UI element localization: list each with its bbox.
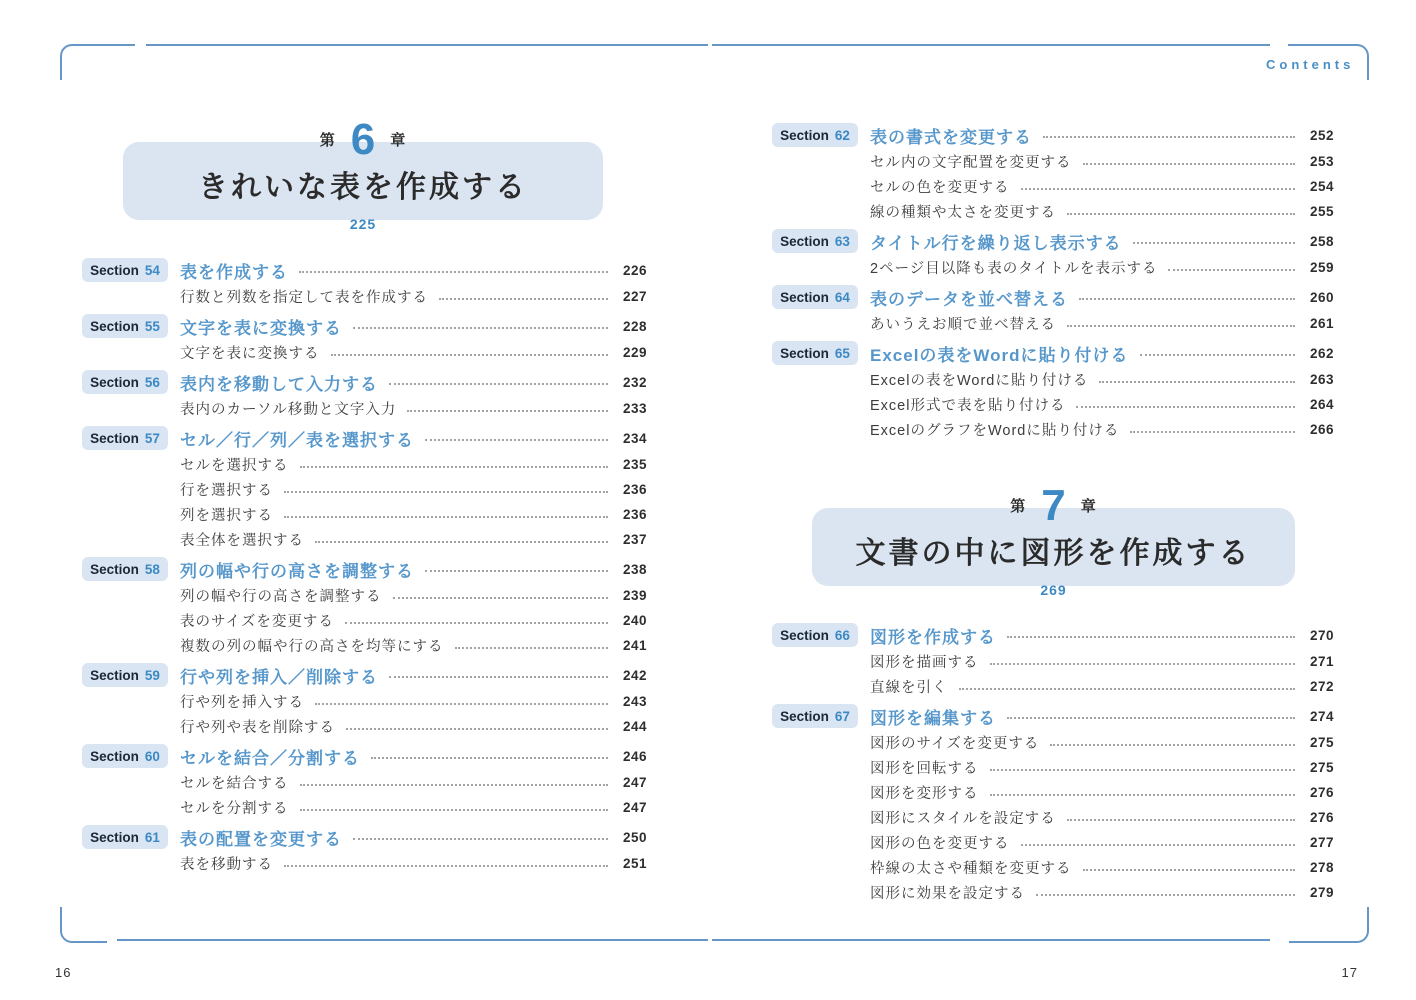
toc-entry-section: Section 56 表内を移動して入力する 232 — [82, 368, 647, 396]
entry-page-number: 276 — [1304, 810, 1334, 825]
entry-title: セルの色を変更する — [870, 176, 1010, 197]
section-chip-number: 58 — [145, 562, 160, 577]
section-chip-number: 55 — [145, 319, 160, 334]
section-chip-label: Section — [90, 668, 139, 683]
entry-page-number: 227 — [617, 289, 647, 304]
section-chip-number: 64 — [835, 290, 850, 305]
section-chip-label: Section — [90, 830, 139, 845]
toc-entry-sub: セルを分割する 247 — [82, 795, 647, 820]
toc-entry-section: Section 64 表のデータを並べ替える 260 — [772, 283, 1334, 311]
toc-entry-sub: 図形を回転する 275 — [772, 755, 1334, 780]
dotted-leader — [331, 354, 609, 356]
entry-page-number: 263 — [1304, 372, 1334, 387]
entry-page-number: 277 — [1304, 835, 1334, 850]
chapter-number: 6 — [351, 120, 375, 160]
toc-entry-section: Section 55 文字を表に変換する 228 — [82, 312, 647, 340]
entry-page-number: 274 — [1304, 709, 1334, 724]
entry-page-number: 262 — [1304, 346, 1334, 361]
chapter-prefix: 第 — [320, 129, 336, 150]
frame-rule-bottom-right-page — [712, 939, 1270, 941]
dotted-leader — [346, 728, 608, 730]
dotted-leader — [455, 647, 609, 649]
entry-title: 枠線の太さや種類を変更する — [870, 857, 1072, 878]
entry-title: 列の幅や行の高さを調整する — [180, 557, 414, 582]
entry-title: 表内のカーソル移動と文字入力 — [180, 398, 396, 419]
section-chip-label: Section — [780, 346, 829, 361]
dotted-leader — [1083, 869, 1296, 871]
dotted-leader — [1067, 325, 1295, 327]
toc-entry-sub: 図形を変形する 276 — [772, 780, 1334, 805]
entry-page-number: 237 — [617, 532, 647, 547]
entry-page-number: 275 — [1304, 735, 1334, 750]
toc-entry-sub: 列の幅や行の高さを調整する 239 — [82, 583, 647, 608]
entry-page-number: 270 — [1304, 628, 1334, 643]
entry-title: 列を選択する — [180, 504, 273, 525]
section-chip: Section 67 — [772, 704, 858, 728]
dotted-leader — [315, 703, 608, 705]
section-chip-number: 62 — [835, 128, 850, 143]
entry-page-number: 238 — [617, 562, 647, 577]
section-chip-number: 67 — [835, 709, 850, 724]
section-chip-number: 60 — [145, 749, 160, 764]
toc-entry-sub: 2ページ目以降も表のタイトルを表示する 259 — [772, 255, 1334, 280]
page-number-right: 17 — [1318, 965, 1358, 980]
entry-page-number: 272 — [1304, 679, 1334, 694]
section-chip-label: Section — [90, 431, 139, 446]
dotted-leader — [300, 784, 609, 786]
toc-entry-section: Section 62 表の書式を変更する 252 — [772, 121, 1334, 149]
toc-entry-sub: 列を選択する 236 — [82, 502, 647, 527]
entry-page-number: 233 — [617, 401, 647, 416]
frame-rule-top-left-page — [146, 44, 708, 46]
entry-title: 複数の列の幅や行の高さを均等にする — [180, 635, 444, 656]
dotted-leader — [1050, 744, 1295, 746]
entry-page-number: 258 — [1304, 234, 1334, 249]
chapter-6-banner: 第 6 章 きれいな表を作成する 225 — [123, 120, 603, 232]
section-chip: Section 61 — [82, 825, 168, 849]
chapter-number: 7 — [1041, 486, 1065, 526]
toc-entry-section: Section 63 タイトル行を繰り返し表示する 258 — [772, 227, 1334, 255]
chapter-suffix: 章 — [390, 129, 406, 150]
section-chip-number: 65 — [835, 346, 850, 361]
dotted-leader — [1036, 894, 1295, 896]
entry-title: 図形を作成する — [870, 623, 996, 648]
entry-title: 直線を引く — [870, 676, 948, 697]
entry-title: Excelの表をWordに貼り付ける — [870, 341, 1129, 366]
dotted-leader — [299, 271, 608, 273]
toc-entry-sub: 図形のサイズを変更する 275 — [772, 730, 1334, 755]
dotted-leader — [1007, 636, 1295, 638]
toc-entry-section: Section 54 表を作成する 226 — [82, 256, 647, 284]
contents-header-label: Contents — [1266, 57, 1354, 72]
dotted-leader — [990, 663, 1296, 665]
frame-corner-bottom-right — [1289, 907, 1369, 943]
entry-page-number: 234 — [617, 431, 647, 446]
entry-title: セル／行／列／表を選択する — [180, 426, 414, 451]
section-chip: Section 65 — [772, 341, 858, 365]
dotted-leader — [371, 757, 608, 759]
entry-page-number: 247 — [617, 800, 647, 815]
chapter-7-title: 文書の中に図形を作成する — [812, 528, 1295, 572]
entry-title: タイトル行を繰り返し表示する — [870, 229, 1122, 254]
dotted-leader — [1007, 717, 1295, 719]
page-number-left: 16 — [55, 965, 71, 980]
dotted-leader — [1067, 213, 1295, 215]
entry-page-number: 244 — [617, 719, 647, 734]
entry-page-number: 250 — [617, 830, 647, 845]
dotted-leader — [353, 838, 608, 840]
entry-title: Excelの表をWordに貼り付ける — [870, 369, 1088, 390]
entry-title: 表を作成する — [180, 258, 288, 283]
toc-entry-sub: あいうえお順で並べ替える 261 — [772, 311, 1334, 336]
toc-entry-sub: 複数の列の幅や行の高さを均等にする 241 — [82, 633, 647, 658]
section-chip-number: 63 — [835, 234, 850, 249]
entry-title: 列の幅や行の高さを調整する — [180, 585, 382, 606]
section-chip-number: 57 — [145, 431, 160, 446]
section-chip: Section 63 — [772, 229, 858, 253]
entry-title: 表のサイズを変更する — [180, 610, 334, 631]
section-chip-number: 59 — [145, 668, 160, 683]
entry-page-number: 239 — [617, 588, 647, 603]
toc-list-left-page: Section 54 表を作成する 226 行数と列数を指定して表を作成する 2… — [82, 256, 647, 876]
toc-list-right-page-bottom: Section 66 図形を作成する 270 図形を描画する 271 直線を引く… — [772, 621, 1334, 905]
dotted-leader — [284, 865, 608, 867]
dotted-leader — [1021, 188, 1296, 190]
entry-page-number: 254 — [1304, 179, 1334, 194]
entry-page-number: 271 — [1304, 654, 1334, 669]
entry-title: 行や列を挿入する — [180, 691, 304, 712]
toc-entry-sub: セルを選択する 235 — [82, 452, 647, 477]
toc-entry-section: Section 61 表の配置を変更する 250 — [82, 823, 647, 851]
chapter-6-label: 第 6 章 — [123, 120, 603, 160]
entry-title: 図形を変形する — [870, 782, 979, 803]
section-chip: Section 57 — [82, 426, 168, 450]
entry-page-number: 241 — [617, 638, 647, 653]
dotted-leader — [425, 570, 608, 572]
chapter-7-start-page: 269 — [812, 582, 1295, 598]
section-chip: Section 62 — [772, 123, 858, 147]
dotted-leader — [284, 491, 608, 493]
entry-page-number: 278 — [1304, 860, 1334, 875]
section-chip-label: Section — [90, 263, 139, 278]
chapter-6-start-page: 225 — [123, 216, 603, 232]
toc-entry-sub: 表内のカーソル移動と文字入力 233 — [82, 396, 647, 421]
entry-title: 行数と列数を指定して表を作成する — [180, 286, 428, 307]
toc-entry-sub: 図形の色を変更する 277 — [772, 830, 1334, 855]
section-chip: Section 58 — [82, 557, 168, 581]
entry-page-number: 235 — [617, 457, 647, 472]
dotted-leader — [407, 410, 608, 412]
dotted-leader — [353, 327, 608, 329]
toc-entry-sub: 表全体を選択する 237 — [82, 527, 647, 552]
entry-title: 表の書式を変更する — [870, 123, 1032, 148]
entry-title: セルを分割する — [180, 797, 289, 818]
section-chip-label: Section — [780, 128, 829, 143]
section-chip-number: 54 — [145, 263, 160, 278]
entry-title: 行や列を挿入／削除する — [180, 663, 378, 688]
entry-page-number: 252 — [1304, 128, 1334, 143]
entry-title: Excel形式で表を貼り付ける — [870, 394, 1065, 415]
toc-entry-sub: セルを結合する 247 — [82, 770, 647, 795]
toc-entry-sub: 行数と列数を指定して表を作成する 227 — [82, 284, 647, 309]
chapter-6-title: きれいな表を作成する — [123, 162, 603, 206]
section-chip-label: Section — [780, 628, 829, 643]
dotted-leader — [1083, 163, 1296, 165]
dotted-leader — [1021, 844, 1296, 846]
dotted-leader — [300, 809, 609, 811]
entry-page-number: 247 — [617, 775, 647, 790]
dotted-leader — [439, 298, 608, 300]
dotted-leader — [425, 439, 608, 441]
chapter-7-banner: 第 7 章 文書の中に図形を作成する 269 — [812, 486, 1295, 598]
entry-page-number: 253 — [1304, 154, 1334, 169]
entry-page-number: 228 — [617, 319, 647, 334]
chapter-prefix: 第 — [1010, 495, 1026, 516]
dotted-leader — [284, 516, 608, 518]
entry-title: 表のデータを並べ替える — [870, 285, 1068, 310]
entry-page-number: 255 — [1304, 204, 1334, 219]
section-chip: Section 60 — [82, 744, 168, 768]
entry-title: セルを結合／分割する — [180, 744, 360, 769]
entry-page-number: 242 — [617, 668, 647, 683]
section-chip: Section 59 — [82, 663, 168, 687]
section-chip-label: Section — [90, 319, 139, 334]
entry-title: あいうえお順で並べ替える — [870, 313, 1056, 334]
entry-title: 図形のサイズを変更する — [870, 732, 1039, 753]
toc-entry-sub: 表を移動する 251 — [82, 851, 647, 876]
entry-title: ExcelのグラフをWordに貼り付ける — [870, 419, 1119, 440]
toc-entry-sub: 図形にスタイルを設定する 276 — [772, 805, 1334, 830]
toc-entry-sub: 行や列を挿入する 243 — [82, 689, 647, 714]
entry-title: 図形に効果を設定する — [870, 882, 1025, 903]
entry-title: セルを選択する — [180, 454, 289, 475]
toc-entry-sub: Excelの表をWordに貼り付ける 263 — [772, 367, 1334, 392]
toc-entry-sub: 行を選択する 236 — [82, 477, 647, 502]
entry-title: 表全体を選択する — [180, 529, 304, 550]
dotted-leader — [1079, 298, 1295, 300]
entry-page-number: 246 — [617, 749, 647, 764]
section-chip: Section 55 — [82, 314, 168, 338]
toc-entry-sub: 表のサイズを変更する 240 — [82, 608, 647, 633]
entry-page-number: 236 — [617, 507, 647, 522]
dotted-leader — [300, 466, 609, 468]
section-chip: Section 54 — [82, 258, 168, 282]
entry-page-number: 229 — [617, 345, 647, 360]
frame-rule-top-right-page — [712, 44, 1270, 46]
section-chip-number: 66 — [835, 628, 850, 643]
toc-entry-sub: 図形を描画する 271 — [772, 649, 1334, 674]
chapter-7-label: 第 7 章 — [812, 486, 1295, 526]
entry-page-number: 275 — [1304, 760, 1334, 775]
chapter-suffix: 章 — [1081, 495, 1097, 516]
toc-entry-sub: 枠線の太さや種類を変更する 278 — [772, 855, 1334, 880]
section-chip-number: 56 — [145, 375, 160, 390]
toc-entry-sub: ExcelのグラフをWordに貼り付ける 266 — [772, 417, 1334, 442]
dotted-leader — [389, 676, 608, 678]
entry-title: 文字を表に変換する — [180, 342, 320, 363]
dotted-leader — [1099, 381, 1295, 383]
section-chip-label: Section — [780, 234, 829, 249]
section-chip-label: Section — [90, 375, 139, 390]
toc-entry-section: Section 67 図形を編集する 274 — [772, 702, 1334, 730]
dotted-leader — [990, 769, 1296, 771]
section-chip-number: 61 — [145, 830, 160, 845]
section-chip: Section 56 — [82, 370, 168, 394]
entry-title: 図形を編集する — [870, 704, 996, 729]
frame-rule-bottom-left-page — [117, 939, 708, 941]
toc-entry-sub: 行や列や表を削除する 244 — [82, 714, 647, 739]
frame-corner-bottom-left — [60, 907, 107, 943]
entry-title: 行や列や表を削除する — [180, 716, 335, 737]
toc-entry-section: Section 60 セルを結合／分割する 246 — [82, 742, 647, 770]
dotted-leader — [389, 383, 608, 385]
dotted-leader — [1168, 269, 1295, 271]
dotted-leader — [1133, 242, 1295, 244]
entry-page-number: 264 — [1304, 397, 1334, 412]
toc-entry-section: Section 66 図形を作成する 270 — [772, 621, 1334, 649]
section-chip-label: Section — [780, 709, 829, 724]
frame-corner-top-left — [60, 44, 135, 80]
dotted-leader — [393, 597, 609, 599]
dotted-leader — [959, 688, 1296, 690]
toc-entry-section: Section 65 Excelの表をWordに貼り付ける 262 — [772, 339, 1334, 367]
toc-entry-section: Section 59 行や列を挿入／削除する 242 — [82, 661, 647, 689]
entry-page-number: 276 — [1304, 785, 1334, 800]
toc-entry-sub: セルの色を変更する 254 — [772, 174, 1334, 199]
entry-title: 表を移動する — [180, 853, 273, 874]
entry-page-number: 261 — [1304, 316, 1334, 331]
dotted-leader — [1043, 136, 1295, 138]
toc-entry-sub: 図形に効果を設定する 279 — [772, 880, 1334, 905]
entry-page-number: 251 — [617, 856, 647, 871]
section-chip-label: Section — [90, 749, 139, 764]
toc-entry-sub: セル内の文字配置を変更する 253 — [772, 149, 1334, 174]
entry-page-number: 259 — [1304, 260, 1334, 275]
entry-title: 文字を表に変換する — [180, 314, 342, 339]
entry-page-number: 232 — [617, 375, 647, 390]
dotted-leader — [1130, 431, 1295, 433]
section-chip-label: Section — [90, 562, 139, 577]
toc-entry-sub: 文字を表に変換する 229 — [82, 340, 647, 365]
entry-title: 2ページ目以降も表のタイトルを表示する — [870, 257, 1157, 278]
entry-title: 図形を描画する — [870, 651, 979, 672]
section-chip-label: Section — [780, 290, 829, 305]
toc-entry-sub: 線の種類や太さを変更する 255 — [772, 199, 1334, 224]
entry-page-number: 240 — [617, 613, 647, 628]
entry-title: 図形を回転する — [870, 757, 979, 778]
entry-page-number: 266 — [1304, 422, 1334, 437]
section-chip: Section 64 — [772, 285, 858, 309]
dotted-leader — [990, 794, 1296, 796]
entry-title: セル内の文字配置を変更する — [870, 151, 1072, 172]
entry-title: セルを結合する — [180, 772, 289, 793]
toc-list-right-page-top: Section 62 表の書式を変更する 252 セル内の文字配置を変更する 2… — [772, 121, 1334, 442]
entry-title: 図形の色を変更する — [870, 832, 1010, 853]
dotted-leader — [345, 622, 608, 624]
entry-title: 表内を移動して入力する — [180, 370, 378, 395]
dotted-leader — [1076, 406, 1295, 408]
toc-entry-sub: Excel形式で表を貼り付ける 264 — [772, 392, 1334, 417]
entry-page-number: 226 — [617, 263, 647, 278]
entry-page-number: 243 — [617, 694, 647, 709]
dotted-leader — [1067, 819, 1295, 821]
entry-title: 行を選択する — [180, 479, 273, 500]
entry-title: 表の配置を変更する — [180, 825, 342, 850]
toc-entry-sub: 直線を引く 272 — [772, 674, 1334, 699]
entry-page-number: 279 — [1304, 885, 1334, 900]
section-chip: Section 66 — [772, 623, 858, 647]
dotted-leader — [1140, 354, 1295, 356]
entry-page-number: 236 — [617, 482, 647, 497]
toc-entry-section: Section 57 セル／行／列／表を選択する 234 — [82, 424, 647, 452]
entry-page-number: 260 — [1304, 290, 1334, 305]
toc-entry-section: Section 58 列の幅や行の高さを調整する 238 — [82, 555, 647, 583]
dotted-leader — [315, 541, 608, 543]
entry-title: 線の種類や太さを変更する — [870, 201, 1056, 222]
entry-title: 図形にスタイルを設定する — [870, 807, 1056, 828]
